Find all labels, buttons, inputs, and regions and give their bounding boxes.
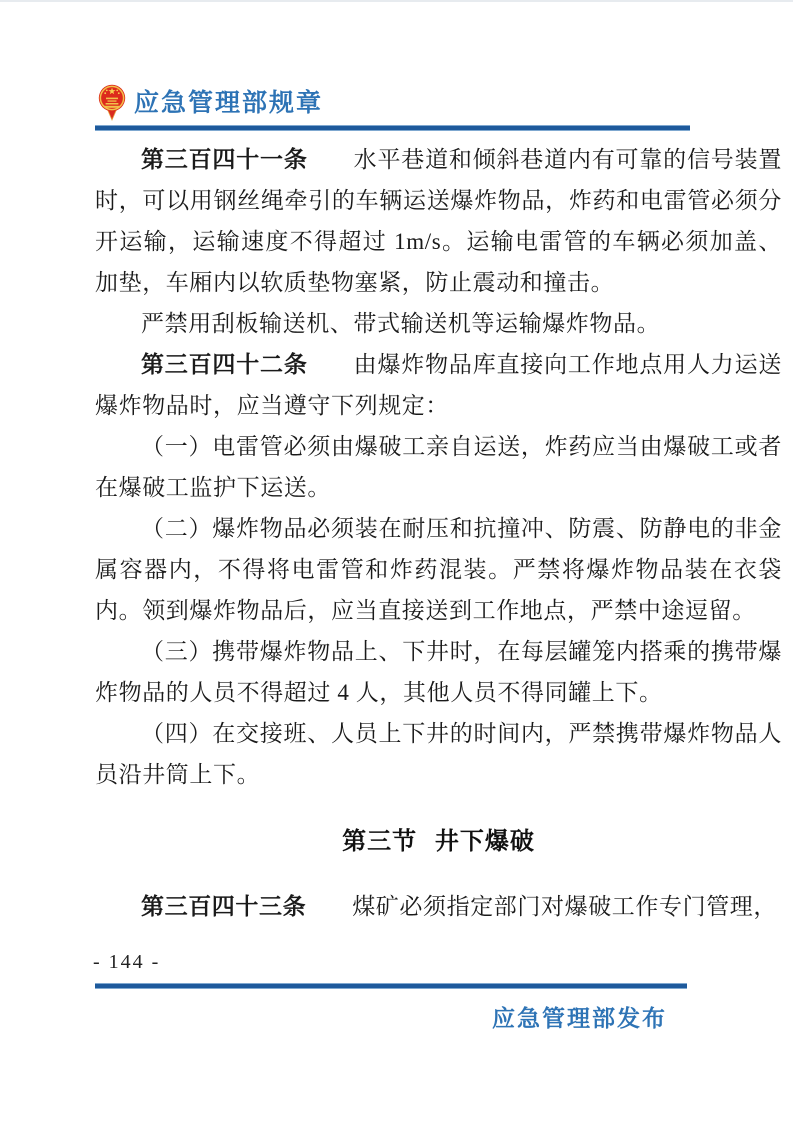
paragraph: （四）在交接班、人员上下井的时间内，严禁携带爆炸物品人员沿井筒上下。 [95, 713, 782, 795]
paragraph-group-top: 第三百四十一条水平巷道和倾斜巷道内有可靠的信号装置时，可以用钢丝绳牵引的车辆运送… [95, 139, 782, 795]
header-title: 应急管理部规章 [134, 85, 323, 121]
article-number: 第三百四十一条 [141, 146, 308, 172]
paragraph: 第三百四十三条煤矿必须指定部门对爆破工作专门管理， [95, 886, 782, 927]
paragraph: （一）电雷管必须由爆破工亲自运送，炸药应当由爆破工或者在爆破工监护下运送。 [95, 426, 782, 508]
page-edge [0, 0, 793, 2]
publisher-label: 应急管理部发布 [492, 1003, 667, 1033]
paragraph: （二）爆炸物品必须装在耐压和抗撞冲、防震、防静电的非金属容器内，不得将电雷管和炸… [95, 508, 782, 631]
section-heading: 第三节 井下爆破 [95, 821, 782, 862]
paragraph: （三）携带爆炸物品上、下井时，在每层罐笼内搭乘的携带爆炸物品的人员不得超过 4 … [95, 631, 782, 713]
paragraph-text: 煤矿必须指定部门对爆破工作专门管理， [352, 894, 777, 919]
paragraph-text: （一）电雷管必须由爆破工亲自运送，炸药应当由爆破工或者在爆破工监护下运送。 [95, 434, 782, 500]
footer-rule [95, 984, 687, 988]
paragraph-text: （二）爆炸物品必须装在耐压和抗撞冲、防震、防静电的非金属容器内，不得将电雷管和炸… [95, 516, 782, 623]
header-rule [95, 126, 690, 130]
paragraph-text: 严禁用刮板输送机、带式输送机等运输爆炸物品。 [141, 311, 660, 336]
document-body: 第三百四十一条水平巷道和倾斜巷道内有可靠的信号装置时，可以用钢丝绳牵引的车辆运送… [95, 139, 782, 927]
page-number: - 144 - [93, 948, 160, 976]
national-emblem-icon [97, 84, 127, 122]
paragraph-group-bottom: 第三百四十三条煤矿必须指定部门对爆破工作专门管理， [95, 886, 782, 927]
document-page: 应急管理部规章 第三百四十一条水平巷道和倾斜巷道内有可靠的信号装置时，可以用钢丝… [0, 0, 793, 1122]
paragraph: 第三百四十一条水平巷道和倾斜巷道内有可靠的信号装置时，可以用钢丝绳牵引的车辆运送… [95, 139, 782, 303]
paragraph-text: （三）携带爆炸物品上、下井时，在每层罐笼内搭乘的携带爆炸物品的人员不得超过 4 … [95, 639, 782, 705]
paragraph: 第三百四十二条由爆炸物品库直接向工作地点用人力运送爆炸物品时，应当遵守下列规定： [95, 344, 782, 426]
article-number: 第三百四十二条 [141, 351, 308, 377]
paragraph-text: （四）在交接班、人员上下井的时间内，严禁携带爆炸物品人员沿井筒上下。 [95, 721, 782, 787]
document-header: 应急管理部规章 [97, 84, 323, 122]
paragraph: 严禁用刮板输送机、带式输送机等运输爆炸物品。 [95, 303, 782, 344]
article-number: 第三百四十三条 [141, 893, 306, 919]
